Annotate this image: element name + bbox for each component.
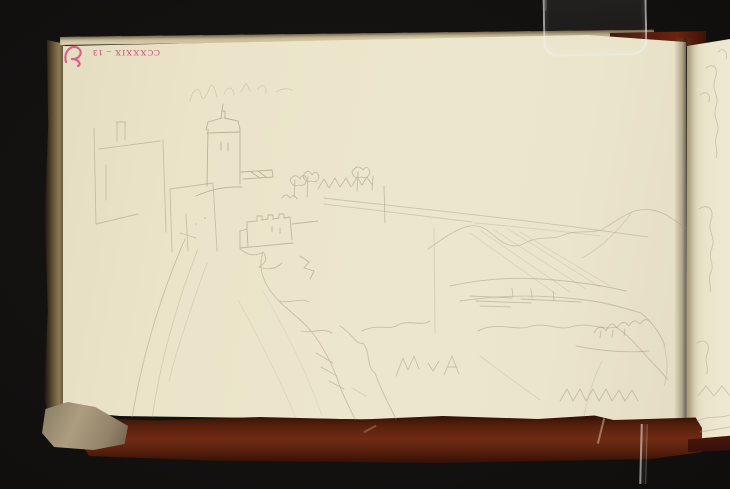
accession-stamp: CCXXXIX – 13 — [84, 45, 168, 60]
hillside-buildings — [94, 122, 217, 252]
river-boats — [450, 278, 667, 386]
photo-background: CCXXXIX – 13 — [0, 0, 730, 489]
rocks-cliff — [240, 249, 396, 421]
stamp-flourish-mark — [61, 41, 85, 67]
valley-hills — [428, 209, 686, 294]
pencil-inscription — [190, 83, 292, 101]
terrace-lines — [324, 198, 648, 333]
castle-wall — [240, 214, 318, 279]
road — [132, 239, 322, 419]
plastic-strap-top — [542, 0, 647, 57]
trees — [282, 167, 385, 223]
facing-page-sketch — [697, 50, 730, 432]
foreground-terrain — [362, 321, 668, 416]
church-tower — [196, 104, 273, 196]
pencil-sketch — [0, 0, 730, 489]
